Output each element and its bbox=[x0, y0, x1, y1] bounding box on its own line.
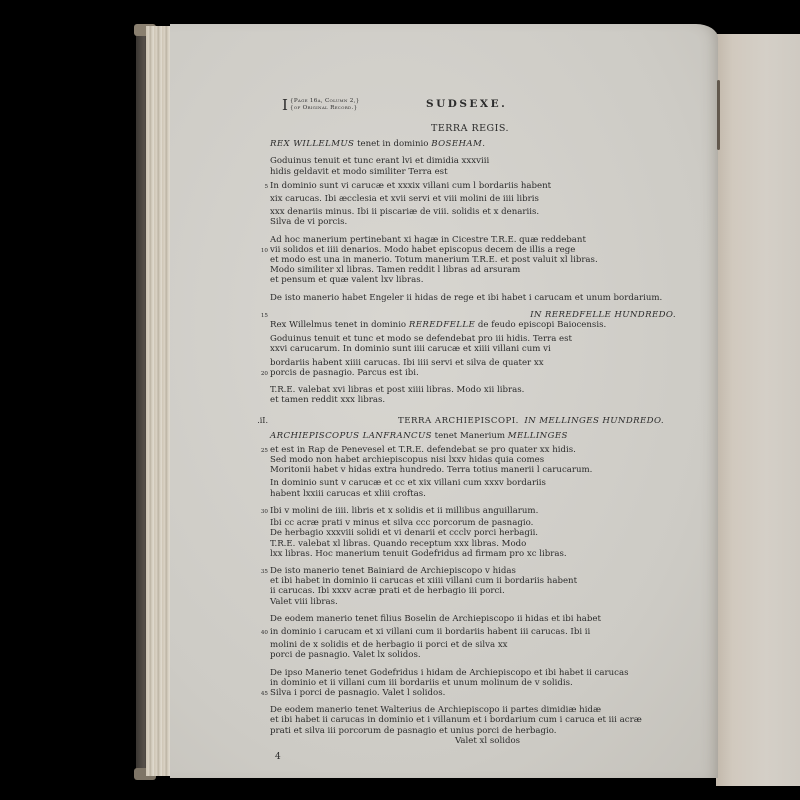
text-line: xxx denariis minus. Ibi ii piscariæ de v… bbox=[250, 207, 680, 217]
text-line: Sed modo non habet archiepiscopus nisi l… bbox=[250, 455, 680, 465]
tenant-line: ARCHIEPISCOPUS LANFRANCUS tenet Manerium… bbox=[250, 431, 680, 441]
reference-line-1: {Page 16a, Column 2,} bbox=[290, 98, 360, 105]
line-number: 40 bbox=[261, 628, 268, 638]
hundred-name: IN REREDFELLE HUNDREDO. bbox=[530, 310, 676, 320]
line-text: in dominio i carucam et xi villani cum i… bbox=[270, 627, 590, 637]
tenant-name: REX WILLELMUS bbox=[270, 139, 354, 149]
text-line: habent lxxiii carucas et xliii croftas. bbox=[250, 489, 680, 499]
text-line: De herbagio xxxviii solidi et vi denarii… bbox=[250, 528, 680, 538]
line-number: 30 bbox=[261, 507, 268, 517]
text-line: De eodem manerio tenet Walterius de Arch… bbox=[250, 705, 680, 715]
text-line: bordariis habent xiiii carucas. Ibi iiii… bbox=[250, 358, 680, 368]
hundred-heading: 15IN REREDFELLE HUNDREDO. bbox=[250, 310, 680, 320]
page-number: 4 bbox=[250, 752, 680, 762]
county-title: SUDSEXE. bbox=[426, 99, 507, 109]
line-number: 45 bbox=[261, 689, 268, 699]
manor-name: MELLINGES bbox=[508, 431, 568, 441]
tenant-text: tenet in dominio bbox=[354, 139, 431, 149]
text-line: Moritonii habet v hidas extra hundredo. … bbox=[250, 465, 680, 475]
text-line: De eodem manerio tenet filius Boselin de… bbox=[250, 614, 680, 624]
line-text: porcis de pasnagio. Parcus est ibi. bbox=[270, 368, 419, 378]
text-line: Ibi cc acræ prati v minus et silva ccc p… bbox=[250, 518, 680, 528]
line-text: vii solidos et iiii denarios. Modo habet… bbox=[270, 245, 575, 255]
section-heading: TERRA ARCHIEPISCOPI. bbox=[398, 416, 519, 426]
text-line: et ibi habet ii carucas in dominio et i … bbox=[250, 715, 680, 725]
text-line: Valet viii libras. bbox=[250, 597, 680, 607]
line-text: De isto manerio tenet Bainiard de Archie… bbox=[270, 566, 516, 576]
line-text: In dominio sunt vi carucæ et xxxix villa… bbox=[270, 181, 551, 191]
text-line: ii carucas. Ibi xxxv acræ prati et de he… bbox=[250, 586, 680, 596]
text-line: 40in dominio i carucam et xi villani cum… bbox=[250, 627, 680, 637]
text-line: T.R.E. valebat xl libras. Quando receptu… bbox=[250, 539, 680, 549]
text-line: Modo similiter xl libras. Tamen reddit l… bbox=[250, 265, 680, 275]
line-text: et est in Rap de Penevesel et T.R.E. def… bbox=[270, 445, 576, 455]
text-line: 35De isto manerio tenet Bainiard de Arch… bbox=[250, 566, 680, 576]
gutter-thread bbox=[717, 80, 720, 150]
text-line: prati et silva iii porcorum de pasnagio … bbox=[250, 726, 680, 736]
text-line: De isto manerio habet Engeler ii hidas d… bbox=[250, 293, 680, 303]
text-line: T.R.E. valebat xvi libras et post xiiii … bbox=[250, 385, 680, 395]
original-record-reference: {Page 16a, Column 2,} {of Original Recor… bbox=[290, 98, 360, 112]
section-heading-terra-regis: TERRA REGIS. bbox=[250, 124, 680, 134]
text-line: et modo est una in manerio. Totum maneri… bbox=[250, 255, 680, 265]
hundred-name: IN MELLINGES HUNDREDO. bbox=[524, 416, 664, 426]
text-line: Goduinus tenuit et tunc erant lvi et dim… bbox=[250, 156, 680, 166]
text-line: et pensum et quæ valent lxv libras. bbox=[250, 275, 680, 285]
tenant-text: Rex Willelmus tenet in dominio bbox=[270, 320, 409, 330]
line-text: Silva i porci de pasnagio. Valet l solid… bbox=[270, 688, 445, 698]
page-text: I {Page 16a, Column 2,} {of Original Rec… bbox=[250, 96, 680, 762]
header-marker: I bbox=[282, 98, 288, 113]
manor-name: BOSEHAM. bbox=[431, 139, 485, 149]
section-marker: .iI. bbox=[257, 416, 268, 426]
text-line: et ibi habet in dominio ii carucas et xi… bbox=[250, 576, 680, 586]
text-line: Goduinus tenuit et tunc et modo se defen… bbox=[250, 334, 680, 344]
text-line: 25et est in Rap de Penevesel et T.R.E. d… bbox=[250, 445, 680, 455]
text-line: porci de pasnagio. Valet lx solidos. bbox=[250, 650, 680, 660]
manor-name: REREDFELLE bbox=[409, 320, 475, 330]
text-line: 5In dominio sunt vi carucæ et xxxix vill… bbox=[250, 181, 680, 191]
tenant-text: de feudo episcopi Baiocensis. bbox=[475, 320, 606, 330]
text-line: xix carucas. Ibi æcclesia et xvii servi … bbox=[250, 194, 680, 204]
text-line: hidis geldavit et modo similiter Terra e… bbox=[250, 167, 680, 177]
text-line: 30Ibi v molini de iiii. libris et x soli… bbox=[250, 506, 680, 516]
page-header: I {Page 16a, Column 2,} {of Original Rec… bbox=[250, 96, 680, 118]
text-line: 20porcis de pasnagio. Parcus est ibi. bbox=[250, 368, 680, 378]
line-number: 20 bbox=[261, 369, 268, 379]
text-line: in dominio et ii villani cum iii bordari… bbox=[250, 678, 680, 688]
text-line: xxvi carucarum. In dominio sunt iiii car… bbox=[250, 344, 680, 354]
text-line: De ipso Manerio tenet Godefridus i hidam… bbox=[250, 668, 680, 678]
text-line: molini de x solidis et de herbagio ii po… bbox=[250, 640, 680, 650]
text-line: Silva de vi porcis. bbox=[250, 217, 680, 227]
text-line: 45Silva i porci de pasnagio. Valet l sol… bbox=[250, 688, 680, 698]
facing-page bbox=[716, 34, 800, 786]
text-line: In dominio sunt v carucæ et cc et xix vi… bbox=[250, 478, 680, 488]
text-line: et tamen reddit xxx libras. bbox=[250, 395, 680, 405]
section-heading-terra-archiepiscopi: .iI. TERRA ARCHIEPISCOPI. IN MELLINGES H… bbox=[250, 416, 680, 426]
text-line: 10vii solidos et iiii denarios. Modo hab… bbox=[250, 245, 680, 255]
reference-line-2: {of Original Record.} bbox=[290, 105, 360, 112]
tenant-line: Rex Willelmus tenet in dominio REREDFELL… bbox=[250, 320, 680, 330]
page-edges-stack bbox=[146, 26, 172, 776]
tenant-name: ARCHIEPISCOPUS LANFRANCUS bbox=[270, 431, 432, 441]
closing-valuation: Valet xl solidos bbox=[250, 736, 680, 746]
line-number: 5 bbox=[264, 182, 268, 192]
tenant-text: tenet Manerium bbox=[432, 431, 508, 441]
text-line: Ad hoc manerium pertinebant xi hagæ in C… bbox=[250, 235, 680, 245]
tenant-line: REX WILLELMUS tenet in dominio BOSEHAM. bbox=[250, 139, 680, 149]
text-line: lxx libras. Hoc manerium tenuit Godefrid… bbox=[250, 549, 680, 559]
line-text: Ibi v molini de iiii. libris et x solidi… bbox=[270, 506, 538, 516]
